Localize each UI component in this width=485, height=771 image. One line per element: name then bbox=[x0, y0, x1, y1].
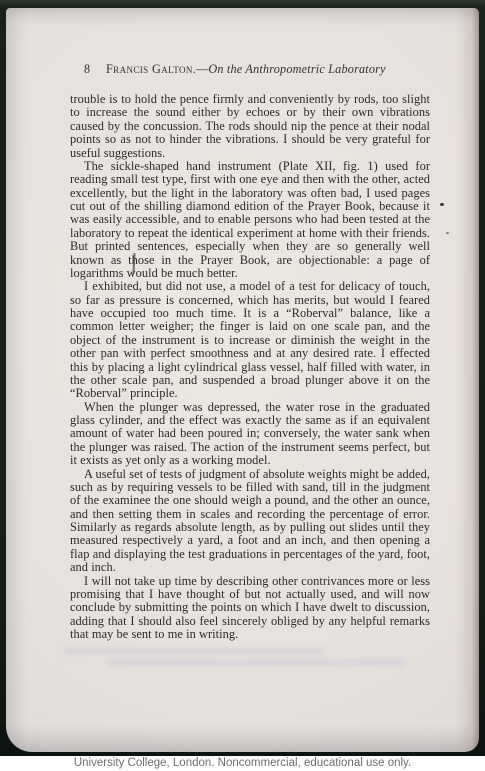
paragraph: A useful set of tests of judgment of abs… bbox=[70, 468, 430, 575]
bleedthrough-smudge bbox=[64, 648, 324, 654]
paragraph: The sickle-shaped hand instrument (Plate… bbox=[70, 160, 430, 280]
paragraph: trouble is to hold the pence firmly and … bbox=[70, 93, 430, 160]
scanned-page-photo: 8Francis Galton.—On the Anthropometric L… bbox=[0, 0, 485, 756]
page-number: 8 bbox=[84, 62, 106, 77]
book-page: 8Francis Galton.—On the Anthropometric L… bbox=[6, 8, 479, 752]
page-text: trouble is to hold the pence firmly and … bbox=[70, 93, 430, 641]
header-author: Francis Galton. bbox=[106, 62, 196, 76]
paragraph: When the plunger was depressed, the wate… bbox=[70, 401, 430, 468]
bleedthrough-smudge bbox=[106, 659, 406, 666]
digitization-footer: University College, London. Noncommercia… bbox=[0, 756, 485, 771]
footer-text: University College, London. Noncommercia… bbox=[74, 757, 411, 769]
paragraph: I will not take up time by describing ot… bbox=[70, 575, 430, 642]
dust-speck bbox=[446, 232, 449, 234]
header-separator: — bbox=[196, 62, 208, 76]
paragraph: I exhibited, but did not use, a model of… bbox=[70, 280, 430, 400]
header-title: On the Anthropometric Laboratory bbox=[208, 62, 385, 76]
running-header: 8Francis Galton.—On the Anthropometric L… bbox=[84, 62, 436, 77]
dust-speck bbox=[440, 203, 444, 206]
